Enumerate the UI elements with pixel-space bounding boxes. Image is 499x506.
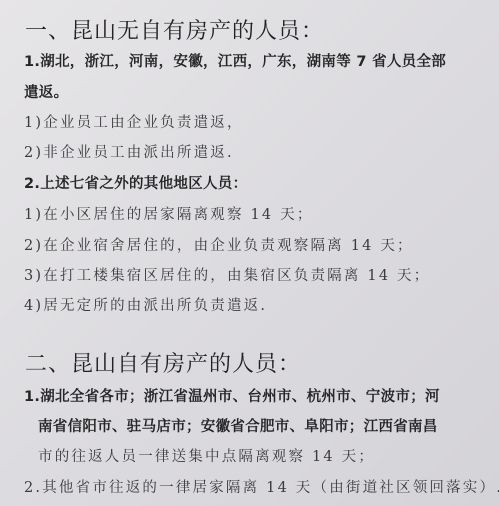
section1-item1-line2: 遣返。 [24, 81, 68, 102]
section1-item1-sub2: 2)非企业员工由派出所遣返. [24, 141, 234, 162]
section2-heading: 二、昆山自有房产的人员： [25, 347, 301, 378]
section1-heading: 一、昆山无自有房产的人员： [25, 14, 324, 45]
document-photo: 一、昆山无自有房产的人员： 1.湖北，浙江，河南，安徽，江西，广东，湖南等 7 … [0, 0, 499, 506]
section1-item2-title: 2.上述七省之外的其他地区人员： [24, 172, 247, 193]
section2-item2-line1: 2.其他省市往返的一律居家隔离 14 天（由街道社区领回落实）. [24, 476, 499, 497]
section1-item1-line1: 1.湖北，浙江，河南，安徽，江西，广东，湖南等 7 省人员全部 [24, 50, 446, 71]
section1-item2-sub1: 1)在小区居住的居家隔离观察 14 天； [24, 203, 314, 224]
section2-item1-line3: 市的往返人员一律送集中点隔离观察 14 天； [38, 445, 375, 466]
section1-item1-sub1: 1)企业员工由企业负责遣返， [24, 111, 244, 132]
section2-item1-line2: 南省信阳市、驻马店市；安徽省合肥市、阜阳市；江西省南昌 [38, 415, 438, 436]
section1-item2-sub3: 3)在打工楼集宿区居住的，由集宿区负责隔离 14 天； [24, 264, 430, 285]
section2-item1-line1: 1.湖北全省各市；浙江省温州市、台州市、杭州市、宁波市；河 [24, 385, 440, 406]
section1-item2-sub2: 2)在企业宿舍居住的，由企业负责观察隔离 14 天； [24, 234, 414, 255]
section1-item2-sub4: 4)居无定所的由派出所负责遣返. [24, 294, 267, 315]
